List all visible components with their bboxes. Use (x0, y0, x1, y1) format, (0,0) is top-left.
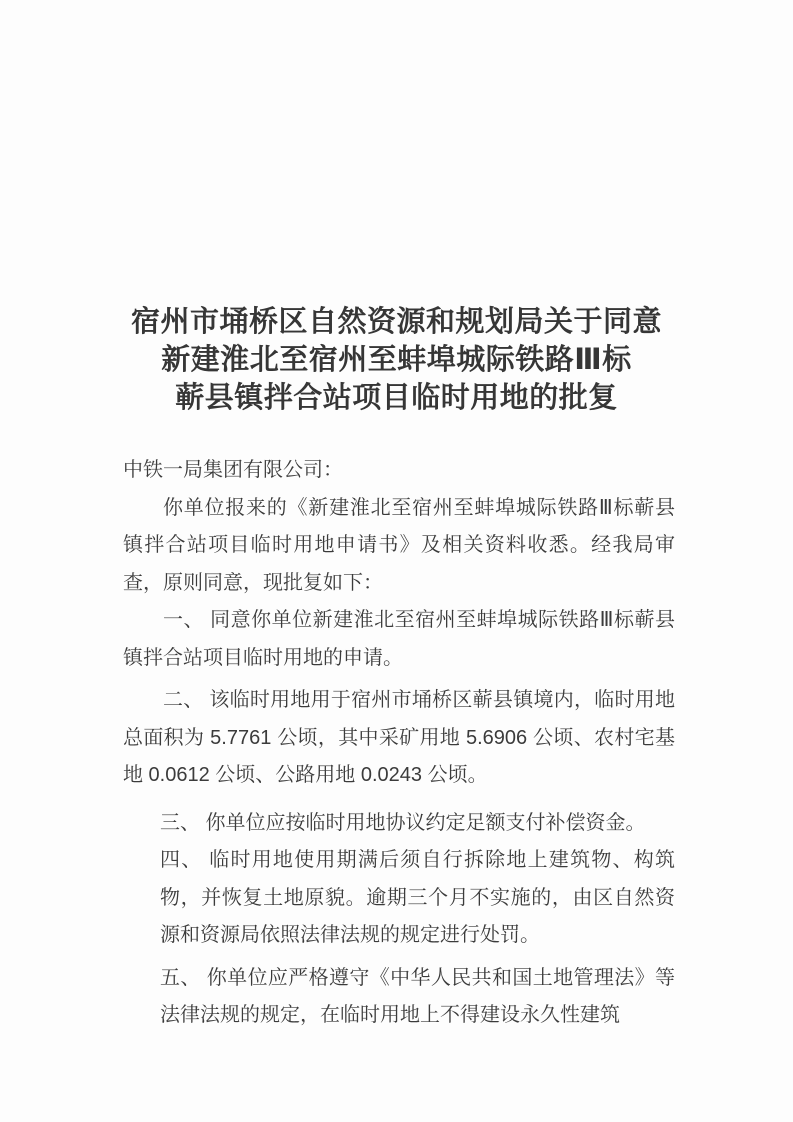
document-title-line-3: 蕲县镇拌合站项目临时用地的批复 (40, 379, 753, 417)
paragraph-item-2: 二、 该临时用地用于宿州市埇桥区蕲县镇境内，临时用地总面积为 5.7761 公顷… (123, 682, 675, 795)
paragraph-item-4: 四、 临时用地使用期满后须自行拆除地上建筑物、构筑物，并恢复土地原貌。逾期三个月… (160, 842, 675, 955)
document-title-line-1: 宿州市埇桥区自然资源和规划局关于同意 (40, 303, 753, 341)
paragraph-intro: 你单位报来的《新建淮北至宿州至蚌埠城际铁路Ⅲ标蕲县镇拌合站项目临时用地申请书》及… (123, 490, 675, 603)
document-page: 宿州市埇桥区自然资源和规划局关于同意 新建淮北至宿州至蚌埠城际铁路Ⅲ标 蕲县镇拌… (0, 0, 793, 1122)
salutation: 中铁一局集团有限公司： (123, 452, 675, 490)
paragraph-item-3: 三、 你单位应按临时用地协议约定足额支付补偿资金。 (160, 805, 675, 843)
document-title-line-2: 新建淮北至宿州至蚌埠城际铁路Ⅲ标 (40, 341, 753, 379)
document-body: 中铁一局集团有限公司： 你单位报来的《新建淮北至宿州至蚌埠城际铁路Ⅲ标蕲县镇拌合… (123, 452, 675, 1035)
paragraph-item-1: 一、 同意你单位新建淮北至宿州至蚌埠城际铁路Ⅲ标蕲县镇拌合站项目临时用地的申请。 (123, 602, 675, 677)
document-title: 宿州市埇桥区自然资源和规划局关于同意 新建淮北至宿州至蚌埠城际铁路Ⅲ标 蕲县镇拌… (40, 303, 753, 417)
paragraph-item-5: 五、 你单位应严格遵守《中华人民共和国土地管理法》等法律法规的规定，在临时用地上… (160, 960, 675, 1035)
